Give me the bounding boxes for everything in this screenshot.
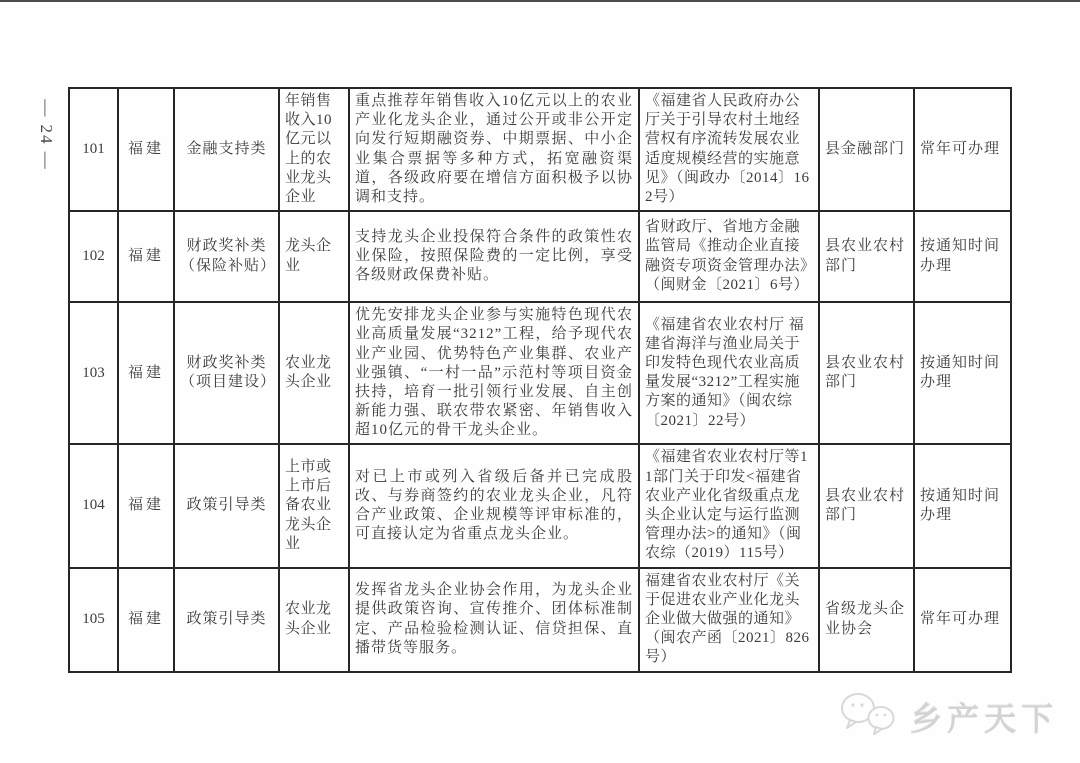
cell-target: 农业龙头企业 <box>279 568 349 672</box>
chat-bubbles-icon <box>836 690 900 743</box>
cell-basis: 福建省农业农村厅《关于促进农业产业化龙头企业做大做强的通知》（闽农产函〔2021… <box>639 568 819 672</box>
brand-watermark-text: 乡产天下 <box>910 694 1058 740</box>
cell-basis: 《福建省人民政府办公厅关于引导农村土地经营权有序流转发展农业适度规模经营的实施意… <box>639 88 819 211</box>
cell-department: 县农业农村部门 <box>819 211 914 302</box>
cell-province: 福建 <box>118 211 174 302</box>
cell-department: 县金融部门 <box>819 88 914 211</box>
cell-department: 县农业农村部门 <box>819 302 914 444</box>
cell-content: 对已上市或列入省级后备并已完成股改、与券商签约的农业龙头企业，凡符合产业政策、企… <box>349 444 639 567</box>
cell-schedule: 按通知时间办理 <box>914 302 1011 444</box>
page-number: — 24 — <box>36 95 56 175</box>
cell-target: 龙头企业 <box>279 211 349 302</box>
cell-category: 财政奖补类（项目建设） <box>174 302 279 444</box>
table-row: 104 福建 政策引导类 上市或上市后备农业龙头企业 对已上市或列入省级后备并已… <box>69 444 1011 567</box>
cell-no: 101 <box>69 88 118 211</box>
cell-content: 重点推荐年销售收入10亿元以上的农业产业化龙头企业，通过公开或非公开定向发行短期… <box>349 88 639 211</box>
cell-province: 福建 <box>118 444 174 567</box>
cell-category: 金融支持类 <box>174 88 279 211</box>
table-row: 102 福建 财政奖补类（保险补贴） 龙头企业 支持龙头企业投保符合条件的政策性… <box>69 211 1011 302</box>
cell-department: 省级龙头企业协会 <box>819 568 914 672</box>
cell-basis: 《福建省农业农村厅 福建省海洋与渔业局关于印发特色现代农业高质量发展“3212”… <box>639 302 819 444</box>
cell-content: 支持龙头企业投保符合条件的政策性农业保险，按照保险费的一定比例，享受各级财政保费… <box>349 211 639 302</box>
cell-no: 103 <box>69 302 118 444</box>
table-row: 105 福建 政策引导类 农业龙头企业 发挥省龙头企业协会作用，为龙头企业提供政… <box>69 568 1011 672</box>
cell-schedule: 按通知时间办理 <box>914 444 1011 567</box>
cell-basis: 省财政厅、省地方金融监管局《推动企业直接融资专项资金管理办法》（闽财金〔2021… <box>639 211 819 302</box>
table-row: 103 福建 财政奖补类（项目建设） 农业龙头企业 优先安排龙头企业参与实施特色… <box>69 302 1011 444</box>
cell-no: 102 <box>69 211 118 302</box>
cell-category: 政策引导类 <box>174 568 279 672</box>
cell-department: 县农业农村部门 <box>819 444 914 567</box>
page-top-edge <box>0 0 1080 2</box>
cell-target: 上市或上市后备农业龙头企业 <box>279 444 349 567</box>
cell-target: 年销售收入10亿元以上的农业龙头企业 <box>279 88 349 211</box>
document-page: — 24 — 101 福建 金融支持类 年销售收入10亿元以上的农业龙头企业 重… <box>0 0 1080 763</box>
cell-basis: 《福建省农业农村厅等11部门关于印发<福建省农业产业化省级重点龙头企业认定与运行… <box>639 444 819 567</box>
cell-content: 发挥省龙头企业协会作用，为龙头企业提供政策咨询、宣传推介、团体标准制定、产品检验… <box>349 568 639 672</box>
cell-category: 政策引导类 <box>174 444 279 567</box>
cell-schedule: 常年可办理 <box>914 88 1011 211</box>
cell-schedule: 按通知时间办理 <box>914 211 1011 302</box>
cell-category: 财政奖补类（保险补贴） <box>174 211 279 302</box>
cell-no: 104 <box>69 444 118 567</box>
cell-content: 优先安排龙头企业参与实施特色现代农业高质量发展“3212”工程，给予现代农业产业… <box>349 302 639 444</box>
cell-schedule: 常年可办理 <box>914 568 1011 672</box>
cell-no: 105 <box>69 568 118 672</box>
brand-watermark: 乡产天下 <box>836 690 1058 743</box>
cell-province: 福建 <box>118 88 174 211</box>
cell-province: 福建 <box>118 302 174 444</box>
cell-target: 农业龙头企业 <box>279 302 349 444</box>
policy-table: 101 福建 金融支持类 年销售收入10亿元以上的农业龙头企业 重点推荐年销售收… <box>68 87 1012 673</box>
table-row: 101 福建 金融支持类 年销售收入10亿元以上的农业龙头企业 重点推荐年销售收… <box>69 88 1011 211</box>
cell-province: 福建 <box>118 568 174 672</box>
